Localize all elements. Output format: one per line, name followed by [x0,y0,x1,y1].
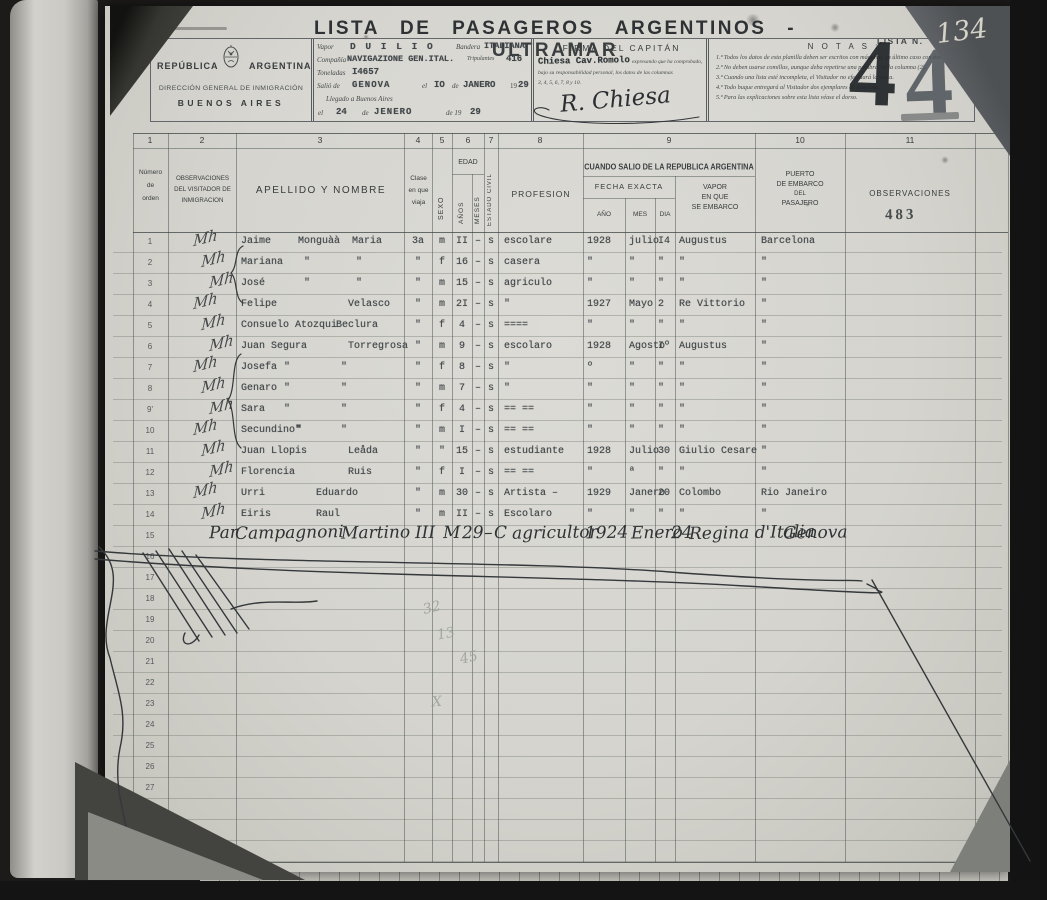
cell-dia: " [658,509,664,520]
visitor-mark: Mh [193,478,219,503]
row-number: 17 [146,573,155,582]
row-number: 15 [146,531,155,540]
cell-puerto: " [761,446,767,457]
cell-meses: – [475,278,481,289]
cell-mes: " [629,509,635,520]
cell-vapor: " [679,509,685,520]
row-number: 2 [148,258,152,267]
cell-name: Felipe [241,299,277,310]
cell-prof: estudiante [504,446,564,457]
cell-ano: º [587,362,593,373]
cell-estado: s [488,341,494,352]
cell-name: Velasco [348,299,390,310]
cell-meses: – [475,236,481,247]
cell-name: Raul [316,509,340,520]
cell-sexo: f [439,257,445,268]
cell-estado: s [488,425,494,436]
cell-vapor: Augustus [679,236,727,247]
cell-dia: " [658,362,664,373]
cell-prof: ==== [504,320,528,331]
cell-estado: s [488,404,494,415]
visitor-mark: Mh [193,415,219,440]
cell-estado: s [488,299,494,310]
cell-sexo: f [439,404,445,415]
cell-ano: 1928 [587,341,611,352]
cell-anos: 2I [456,299,468,310]
cell-clase: " [415,278,421,289]
cell-anos: 9 [459,341,465,352]
cell-sexo: m [439,278,445,289]
cell-clase: " [415,509,421,520]
cell-sexo: f [439,320,445,331]
row-number: 21 [146,657,155,666]
cell-ano: " [587,257,593,268]
pencil-mark: 32 [421,598,442,618]
visitor-mark: Mh [201,247,227,272]
cell-mes: Mayo [629,299,653,310]
visitor-mark: Mh [201,499,227,524]
cell-clase: " [415,299,421,310]
cell-puerto: " [761,425,767,436]
cell-dia: " [658,467,664,478]
cell-anos: I [459,425,465,436]
cell-ano: 1929 [587,488,611,499]
cell-name: " [284,383,290,394]
cell-puerto: Rio Janeiro [761,488,827,499]
cell-vapor: " [679,467,685,478]
cell-dia: 2 [658,299,664,310]
cell-clase: " [415,383,421,394]
cell-name: Juan Segura [241,341,307,352]
row15-handwritten: C [494,523,507,543]
row-number: 10 [146,426,155,435]
cell-anos: 16 [456,257,468,268]
row-number: 20 [146,636,155,645]
cell-dia: " [658,320,664,331]
cell-prof: == == [504,425,534,436]
cell-name: " [356,278,362,289]
cell-name: Eiris [241,509,271,520]
cell-sexo: m [439,236,445,247]
cell-puerto: " [761,383,767,394]
row15-handwritten: Campagnoni [235,522,344,544]
row-number: 11 [146,447,154,456]
visitor-mark: Mh [201,310,227,335]
cell-name: Josefa [241,362,277,373]
cell-vapor: " [679,278,685,289]
cell-puerto: " [761,467,767,478]
cell-name: Juan Llopis [241,446,307,457]
cell-meses: – [475,383,481,394]
cell-prof: agriculo [504,278,552,289]
cell-estado: s [488,236,494,247]
cell-clase: " [415,257,421,268]
cell-estado: s [488,383,494,394]
cell-anos: II [456,236,468,247]
cell-name: Genaro [241,383,277,394]
cell-mes: ª [629,467,635,478]
cell-prof: " [504,383,510,394]
cell-puerto: " [761,299,767,310]
cell-estado: s [488,257,494,268]
cell-dia: " [658,425,664,436]
cell-prof: " [504,299,510,310]
cell-sexo: f [439,467,445,478]
cell-meses: – [475,509,481,520]
cell-vapor: Augustus [679,341,727,352]
cell-dia: 20 [658,488,670,499]
cell-puerto: " [761,509,767,520]
row-number: 16 [146,552,155,561]
cell-prof: escolare [504,236,552,247]
cell-clase: " [415,341,421,352]
cell-puerto: " [761,341,767,352]
cell-clase: " [415,488,421,499]
cell-dia: I4 [658,236,670,247]
cell-sexo: m [439,509,445,520]
cell-dia: " [658,257,664,268]
cell-name: Maria [352,236,382,247]
cell-anos: 30 [456,488,468,499]
cell-ano: " [587,404,593,415]
cell-meses: – [475,362,481,373]
cell-estado: s [488,488,494,499]
frame-right [1010,0,1047,900]
book-edge [10,0,98,878]
cell-clase: " [415,362,421,373]
cell-mes: " [629,362,635,373]
cell-name: Urri [241,488,265,499]
cell-prof: == == [504,467,534,478]
cell-name: " [304,257,310,268]
cell-ano: " [587,467,593,478]
cell-clase: " [415,320,421,331]
cell-estado: s [488,467,494,478]
cell-name: Ruis [348,467,372,478]
cell-estado: s [488,362,494,373]
row15-handwritten: Genova [783,522,848,543]
cell-dia: " [658,404,664,415]
row-number: 13 [146,489,155,498]
cell-name: Torregrosa [348,341,408,352]
cell-name: " [284,362,290,373]
cell-puerto: Barcelona [761,236,815,247]
cell-sexo: m [439,341,445,352]
visitor-mark: Mh [209,331,235,356]
cell-name: " [341,404,347,415]
cell-prof: Artista – [504,488,558,499]
cell-ano: 1928 [587,236,611,247]
cell-meses: – [475,446,481,457]
cell-sexo: m [439,299,445,310]
cell-name: Beclura [336,320,378,331]
visitor-mark: Mh [201,373,227,398]
visitor-mark: Mh [193,289,219,314]
row-number: 8 [148,384,152,393]
document-page: LISTA DE PASAGEROS ARGENTINOS - ULTRAMAR… [105,6,1010,872]
cell-estado: s [488,320,494,331]
cell-ano: 1928 [587,446,611,457]
cell-name: Eduardo [316,488,358,499]
cell-mes: " [629,278,635,289]
cell-sexo: m [439,425,445,436]
cell-name: " [341,425,347,436]
cell-meses: – [475,467,481,478]
row-number: 6 [148,342,152,351]
cell-ano: " [587,278,593,289]
row15-handwritten: 1924 [585,523,629,544]
cell-name: Leåda [348,446,378,457]
cell-mes: Julio [629,446,659,457]
row-number: 25 [146,741,155,750]
cell-meses: – [475,299,481,310]
cell-name: Jaime [241,236,271,247]
row15-handwritten: Par [209,523,238,544]
cell-mes: " [629,383,635,394]
cell-clase: " [415,425,421,436]
cell-name: Mariana [241,257,283,268]
cell-name: Secundino" [241,425,301,436]
row15-handwritten: III [415,523,436,543]
cell-anos: 4 [459,320,465,331]
cell-puerto: " [761,320,767,331]
cell-prof: Escolaro [504,509,552,520]
cell-anos: II [456,509,468,520]
cell-anos: 4 [459,404,465,415]
cell-prof: == == [504,404,534,415]
cell-dia: 30 [658,446,670,457]
row-number: 26 [146,762,155,771]
pencil-mark: 45 [459,648,480,667]
cell-meses: – [475,320,481,331]
cell-mes: " [629,425,635,436]
scanned-passenger-list: LISTA DE PASAGEROS ARGENTINOS - ULTRAMAR… [0,0,1047,900]
cell-name: " [341,362,347,373]
cell-vapor: " [679,257,685,268]
cell-clase: " [415,446,421,457]
visitor-mark: Mh [209,394,235,419]
cell-estado: s [488,446,494,457]
cell-estado: s [488,278,494,289]
cell-meses: – [475,425,481,436]
cell-name: Consuelo Atozqui [241,320,337,331]
lista-number-handwritten: 134 [934,13,989,50]
frame-bottom [0,881,1047,900]
cell-dia: " [658,278,664,289]
cell-prof: " [504,362,510,373]
cell-puerto: " [761,404,767,415]
cell-prof: casera [504,257,540,268]
cell-meses: – [475,257,481,268]
visitor-mark: Mh [209,268,235,293]
cell-ano: " [587,383,593,394]
cell-dia: Iº [658,341,670,352]
cell-name: José [241,278,265,289]
table-rows: 123456789'101112131415161718192021222324… [105,6,1010,872]
row-number: 19 [146,615,155,624]
cell-name: " [296,425,302,436]
pencil-mark: 13 [436,625,456,644]
cell-mes: julio [629,236,659,247]
cell-dia: " [658,383,664,394]
cell-anos: 8 [459,362,465,373]
visitor-mark: Mh [193,226,219,251]
cell-vapor: " [679,362,685,373]
cell-puerto: " [761,278,767,289]
row15-handwritten: M [443,523,461,543]
cell-vapor: " [679,425,685,436]
cell-sexo: m [439,383,445,394]
row-number: 7 [148,363,152,372]
cell-name: Florencia [241,467,295,478]
cell-clase: " [415,467,421,478]
cell-sexo: " [439,446,445,457]
cell-vapor: Colombo [679,488,721,499]
cell-prof: escolaro [504,341,552,352]
cell-ano: 1927 [587,299,611,310]
cell-puerto: " [761,257,767,268]
cell-mes: " [629,404,635,415]
cell-clase: " [415,404,421,415]
cell-ano: " [587,425,593,436]
row-number: 12 [146,468,155,477]
cell-anos: I [459,467,465,478]
under-page-edge [200,872,1008,881]
row15-handwritten: Martino [341,522,410,543]
cell-anos: 15 [456,446,468,457]
cell-puerto: " [761,362,767,373]
visitor-mark: Mh [193,352,219,377]
cell-meses: – [475,341,481,352]
cell-clase: 3a [412,236,424,247]
cell-vapor: " [679,320,685,331]
pencil-mark: X [431,694,442,711]
row-number: 14 [146,510,155,519]
cell-ano: " [587,320,593,331]
row-number: 5 [148,321,152,330]
visitor-mark: Mh [201,436,227,461]
cell-meses: – [475,404,481,415]
row-number: 23 [146,699,155,708]
cell-name: " [304,278,310,289]
cell-vapor: " [679,404,685,415]
row-number: 1 [148,237,152,246]
cell-anos: 7 [459,383,465,394]
row-number: 22 [146,678,155,687]
row15-handwritten: 29 [462,523,484,543]
cell-mes: " [629,320,635,331]
cell-name: " [341,383,347,394]
row-number: 4 [148,300,152,309]
row-number: 27 [146,783,155,792]
cell-sexo: f [439,362,445,373]
cell-vapor: Re Vittorio [679,299,745,310]
row-number: 24 [146,720,155,729]
row15-handwritten: – [484,523,493,543]
row-number: 18 [146,594,155,603]
cell-name: Monguàà [298,236,340,247]
cell-meses: – [475,488,481,499]
cell-mes: " [629,257,635,268]
row-number: 3 [148,279,152,288]
row-number: 9' [147,405,153,414]
cell-name: " [356,257,362,268]
cell-vapor: Giulio Cesare [679,446,757,457]
cell-sexo: m [439,488,445,499]
visitor-mark: Mh [209,457,235,482]
cell-anos: 15 [456,278,468,289]
cell-vapor: " [679,383,685,394]
cell-ano: " [587,509,593,520]
cell-name: Sara [241,404,265,415]
cell-estado: s [488,509,494,520]
cell-name: " [284,404,290,415]
